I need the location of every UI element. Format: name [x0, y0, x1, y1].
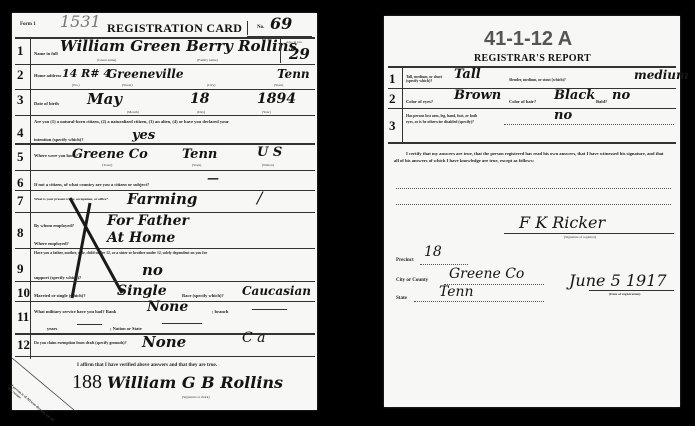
address-street: Greeneville: [107, 67, 183, 81]
dependents-value: no: [142, 261, 163, 279]
caption: (State): [192, 163, 201, 167]
registrars-report-back: 41-1-12 A REGISTRAR'S REPORT 1 Tall, med…: [384, 16, 680, 407]
county-label: City or County: [396, 278, 428, 283]
registration-date: June 5 1917: [569, 271, 667, 290]
nation-label: ; Nation or State: [110, 326, 142, 331]
signature-line: [504, 233, 674, 234]
divider: [15, 170, 315, 171]
occupation-mark: /: [257, 188, 262, 207]
row-number: 7: [17, 193, 24, 209]
divider: [388, 142, 676, 144]
registrar-caption: (Signature of registrar): [564, 235, 596, 239]
registrant-signature: William G B Rollins: [107, 373, 283, 392]
eye-color-value: Brown: [454, 88, 501, 103]
race-value: Caucasian: [242, 284, 311, 298]
row-number: 2: [389, 91, 396, 107]
divider: [402, 66, 403, 143]
divider: [388, 66, 676, 68]
row-number: 1: [17, 43, 24, 59]
row-number: 5: [17, 149, 24, 165]
row-number: 3: [17, 92, 24, 108]
certification-text: I certify that my answers are true, that…: [394, 150, 669, 164]
divider: [15, 115, 315, 116]
foreign-citizen-value: —: [207, 171, 219, 185]
disability-label: Has person lost arm, leg, hand, foot, or…: [406, 114, 477, 118]
hair-color-value: Black: [554, 88, 595, 103]
row-number: 2: [17, 67, 24, 83]
build-label: Slender, medium, or stout (which)?: [509, 78, 566, 82]
divider: [15, 281, 315, 282]
eye-color-label: Color of eyes?: [406, 99, 433, 104]
height-label: Tall, medium, or short (specify which)?: [406, 75, 451, 83]
dependents-question-2: support (specify which)?: [34, 275, 81, 280]
signature-caption: (Signature or mark): [182, 395, 210, 399]
registrar-signature: F K Ricker: [519, 213, 605, 232]
row-number: 11: [17, 309, 29, 325]
row-number: 3: [389, 118, 396, 134]
address-number: 14 R# 4: [62, 67, 111, 80]
citizenship-question-2: intention (specify which)?: [34, 137, 84, 142]
row-number: 1: [389, 71, 396, 87]
dob-day: 18: [190, 91, 209, 107]
divider: [388, 108, 676, 109]
exemption-label: Do you claim exemption from draft (speci…: [34, 340, 127, 345]
birth-state: Tenn: [182, 147, 217, 162]
occupation-value: Farming: [127, 190, 197, 208]
report-title: REGISTRAR'S REPORT: [474, 53, 591, 64]
dob-label: Date of birth: [34, 101, 59, 106]
divider: [30, 37, 31, 359]
answer-line: [504, 124, 674, 125]
birth-nation: U S: [257, 145, 282, 160]
exception-line: [396, 188, 671, 189]
divider: [15, 356, 315, 357]
bald-value: no: [612, 88, 630, 103]
row-number: 6: [17, 175, 24, 191]
caption: (City): [207, 83, 215, 87]
caption: (Day): [197, 110, 205, 114]
divider: [15, 64, 315, 65]
marital-label: Married or single (which)?: [34, 293, 86, 298]
precinct-value: 18: [424, 244, 442, 260]
precinct-label: Precinct: [396, 258, 414, 263]
name-label: Name in full: [34, 51, 58, 56]
state-label: State: [396, 296, 407, 301]
row-number: 4: [17, 125, 24, 141]
bald-label: Bald?: [596, 99, 607, 104]
caption: (Month): [127, 110, 139, 114]
caption: (No.): [72, 83, 79, 87]
caption: (State): [274, 83, 283, 87]
registration-card-front: Form 1 1531 REGISTRATION CARD No. 69 1 N…: [12, 13, 317, 410]
age-label: Age, in yrs.: [286, 40, 302, 44]
row-number: 12: [17, 337, 30, 353]
row-number: 10: [17, 285, 30, 301]
citizenship-question: Are you (1) a natural-born citizen, (2) …: [34, 119, 229, 124]
birth-town: Greene Co: [72, 147, 148, 162]
card-number: 69: [270, 14, 292, 33]
dob-month: May: [87, 90, 122, 108]
state-value: Tenn: [439, 284, 474, 300]
address-label: Home address: [34, 73, 61, 78]
date-line: [589, 290, 674, 291]
state-line: [414, 301, 544, 302]
age-value: 29: [289, 45, 310, 63]
full-name: William Green Berry Rollins: [60, 37, 297, 55]
divider: [15, 89, 315, 90]
given-name-caption: (Given name): [97, 58, 116, 62]
row-number: 9: [17, 261, 24, 277]
report-stamp: 41-1-12 A: [484, 28, 572, 51]
affirmation-text: I affirm that I have verified above answ…: [77, 363, 217, 368]
divider: [15, 248, 315, 249]
branch-label: ; branch: [212, 309, 228, 314]
family-name-caption: (Family name): [197, 58, 218, 62]
citizenship-value: yes: [132, 128, 155, 143]
exception-line: [396, 204, 671, 205]
serial-number: 1531: [60, 12, 101, 31]
height-value: Tall: [454, 67, 481, 82]
address-state: Tenn: [277, 67, 310, 81]
divider: [247, 21, 248, 35]
dob-year: 1894: [257, 91, 296, 107]
card-title: REGISTRATION CARD: [107, 21, 242, 36]
no-label: No.: [257, 25, 264, 30]
date-caption: (Date of registration): [609, 292, 640, 296]
caption: (Town): [102, 163, 112, 167]
row-number: 8: [17, 225, 24, 241]
divider: [388, 88, 676, 89]
build-value: medium: [634, 68, 689, 82]
race-label: Race (specify which)?: [182, 293, 224, 298]
disability-label-2: eyes, or is he otherwise disabled (speci…: [406, 120, 474, 124]
marital-value: Single: [117, 283, 167, 299]
exemption-mark: C a: [242, 330, 266, 346]
hair-color-label: Color of hair?: [509, 99, 536, 104]
military-service-label: What military service have you had? Rank: [34, 309, 116, 314]
county-value: Greene Co: [449, 266, 524, 282]
dependents-question: Have you a father, mother, wife, child u…: [34, 251, 207, 255]
dash-mark: [77, 324, 102, 325]
form-label: Form 1: [20, 22, 36, 27]
years-label: years: [47, 326, 57, 331]
foreign-citizen-question: If not a citizen, of what country are yo…: [34, 182, 149, 187]
exemption-value: None: [142, 333, 186, 351]
dash-mark: [252, 309, 287, 310]
dash-mark: [162, 323, 202, 324]
military-rank-value: None: [147, 299, 188, 315]
caption: (Nation): [262, 163, 274, 167]
precinct-line: [420, 264, 468, 265]
divider: [280, 39, 281, 63]
caption: (Year): [262, 110, 271, 114]
disability-value: no: [554, 108, 572, 123]
caption: (Street): [122, 83, 133, 87]
